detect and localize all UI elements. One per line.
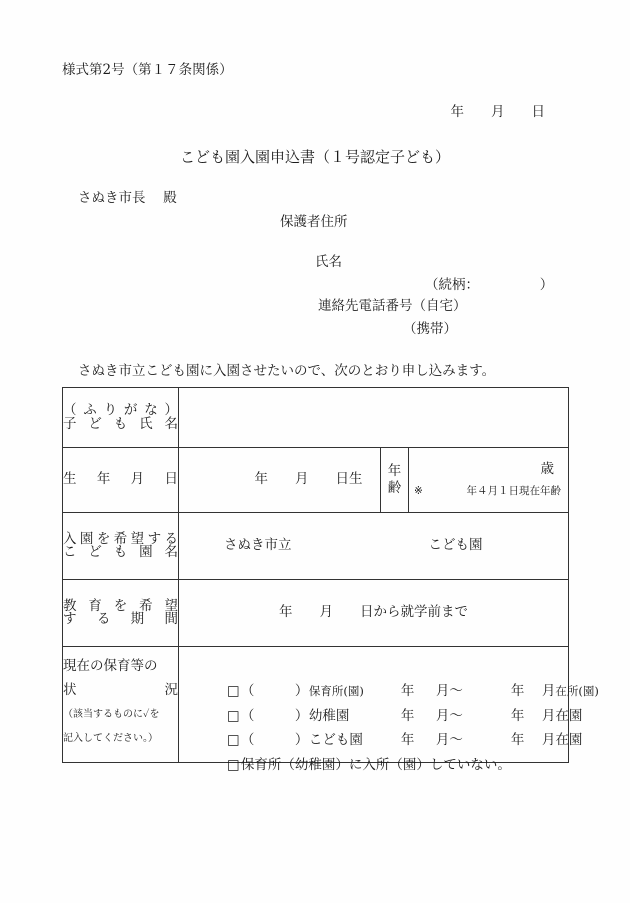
nursery-paren-field: （ ） — [241, 679, 309, 703]
relationship-label: （続柄： ） — [425, 279, 553, 293]
birth-value: 年 月 日生 — [179, 473, 380, 487]
birth-label: 生 年 月 日 — [63, 473, 178, 487]
kindergarten-label-2: こ ど も 園 名 — [63, 546, 178, 560]
age-unit-label: 歳 — [541, 463, 555, 477]
period-value-cell: 年 月 日から就学前まで — [179, 580, 569, 647]
preschool-month-from: 月～ — [436, 704, 511, 728]
kodomoen-year-from: 年 — [401, 728, 436, 752]
status-note-2: 記入してください。） — [63, 727, 178, 751]
period-label-cell: 教 育 を 希 望 す る 期 間 — [63, 580, 179, 647]
kindergarten-prefix: さぬき市立 — [224, 539, 292, 553]
kindergarten-value-cell: さぬき市立 こども園 — [179, 513, 569, 580]
status-label-cell: 現在の保育等の 状 況 （該当するものに✓を 記入してください。） — [63, 647, 179, 763]
age-note: 年４月１日現在年齢 — [467, 486, 562, 498]
kindergarten-label-cell: 入園を希望する こ ど も 園 名 — [63, 513, 179, 580]
status-value-cell: □（ ）保育所(園)年月～年月在所(園) □（ ）幼稚園年月～年月在園 □（ ）… — [179, 647, 569, 763]
status-label-1: 現在の保育等の — [63, 654, 178, 678]
child-name-value-cell — [179, 388, 569, 448]
kodomoen-month-from: 月～ — [436, 728, 511, 752]
reference-mark: ※ — [414, 486, 423, 498]
intro-text: さぬき市立こども園に入園させたいので、次のとおり申し込みます。 — [78, 365, 495, 379]
nursery-month-from: 月～ — [436, 679, 511, 703]
row-kindergarten: 入園を希望する こ ど も 園 名 さぬき市立 こども園 — [63, 513, 569, 580]
nursery-year-from: 年 — [401, 679, 436, 703]
status-label-2: 状 況 — [63, 678, 178, 702]
period-label-2: す る 期 間 — [63, 613, 178, 627]
nursery-checkbox[interactable]: □ — [227, 679, 241, 703]
birth-label-cell: 生 年 月 日 — [63, 448, 179, 513]
preschool-facility-label: 幼稚園 — [309, 704, 401, 728]
guardian-name-label: 氏名 — [315, 256, 342, 270]
preschool-month-to: 月在園 — [542, 704, 583, 728]
form-number: 様式第2号（第１７条関係） — [62, 64, 233, 78]
preschool-checkbox[interactable]: □ — [227, 704, 241, 728]
row-child-name: （ふりがな） 子 ど も 氏 名 — [63, 388, 569, 448]
page-title: こども園入園申込書（１号認定子ども） — [0, 150, 630, 165]
nursery-enrolled-label: 在所(園) — [555, 679, 598, 703]
application-table: （ふりがな） 子 ど も 氏 名 生 年 月 日 年 月 日生 年齢 ※ 年４月… — [62, 387, 569, 763]
nursery-year-to: 年 — [511, 679, 542, 703]
addressee-line: さぬき市長 殿 — [78, 192, 177, 206]
guardian-address-label: 保護者住所 — [280, 216, 348, 230]
period-value: 年 月 日から就学前まで — [179, 606, 568, 620]
kodomoen-month-to: 月在園 — [542, 728, 583, 752]
preschool-year-from: 年 — [401, 704, 436, 728]
child-name-label: 子 ど も 氏 名 — [63, 418, 178, 432]
not-enrolled-label: 保育所（幼稚園）に入所（園）していない。 — [241, 753, 511, 777]
phone-home-label: 連絡先電話番号（自宅） — [318, 300, 467, 314]
kodomoen-checkbox[interactable]: □ — [227, 728, 241, 752]
preschool-year-to: 年 — [511, 704, 542, 728]
child-name-label-cell: （ふりがな） 子 ど も 氏 名 — [63, 388, 179, 448]
age-label: 年齢 — [388, 463, 402, 497]
kindergarten-suffix: こども園 — [429, 539, 483, 553]
nursery-month-to: 月 — [542, 679, 556, 703]
status-line-nursery: □（ ）保育所(園)年月～年月在所(園) — [184, 655, 568, 679]
status-note-1: （該当するものに✓を — [63, 703, 178, 727]
phone-mobile-label: （携帯） — [403, 323, 457, 337]
age-value-cell: ※ 年４月１日現在年齢 歳 — [409, 448, 569, 513]
nursery-facility-label: 保育所(園) — [309, 679, 401, 703]
application-form-page: 様式第2号（第１７条関係） 年 月 日 こども園入園申込書（１号認定子ども） さ… — [0, 0, 630, 903]
kodomoen-paren-field: （ ） — [241, 728, 309, 752]
row-birth-date: 生 年 月 日 年 月 日生 年齢 ※ 年４月１日現在年齢 歳 — [63, 448, 569, 513]
kodomoen-year-to: 年 — [511, 728, 542, 752]
date-line: 年 月 日 — [0, 106, 630, 120]
row-period: 教 育 を 希 望 す る 期 間 年 月 日から就学前まで — [63, 580, 569, 647]
age-label-cell: 年齢 — [381, 448, 409, 513]
row-current-status: 現在の保育等の 状 況 （該当するものに✓を 記入してください。） □（ ）保育… — [63, 647, 569, 763]
birth-value-cell: 年 月 日生 — [179, 448, 381, 513]
kodomoen-facility-label: こども園 — [309, 728, 401, 752]
preschool-paren-field: （ ） — [241, 704, 309, 728]
not-enrolled-checkbox[interactable]: □ — [227, 753, 241, 777]
